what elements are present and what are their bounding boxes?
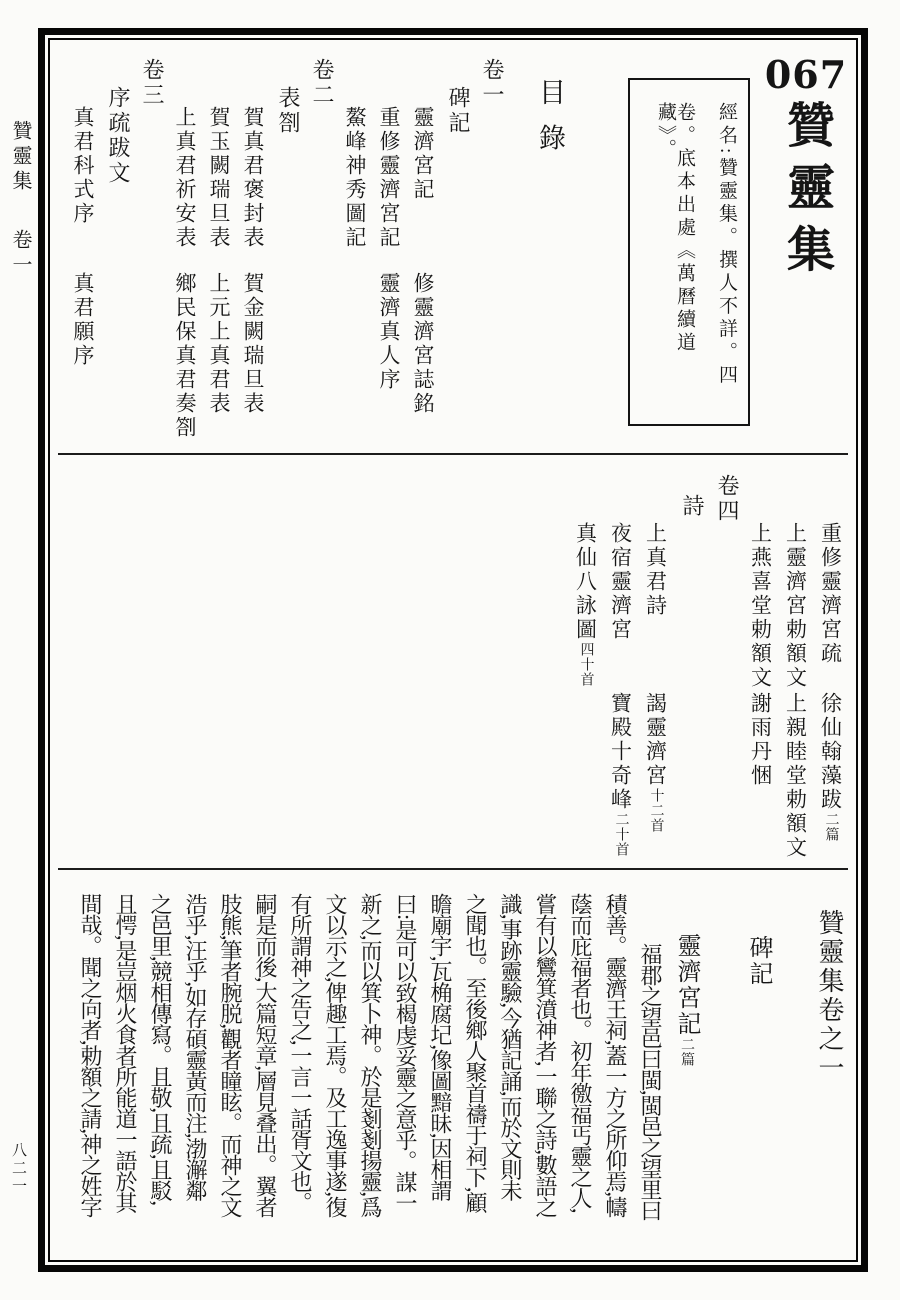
toc-entry-primary: 賀真君褒封表 bbox=[238, 106, 268, 250]
volume-label-1: 卷一 bbox=[474, 58, 508, 451]
chapter-title: 贊靈集卷之一 bbox=[776, 909, 848, 1252]
title-block: 067 贊靈集 bbox=[770, 46, 842, 451]
toc-entry-secondary: 修靈濟宮誌銘 bbox=[408, 272, 438, 416]
margin-running-title: 贊靈集 卷一 bbox=[6, 120, 35, 279]
body-line: 浩乎,汪乎,如存碩靈黃而注,渤澥鄰 bbox=[172, 893, 207, 1252]
section-body-text: 贊靈集卷之一 碑記 靈濟宮記二篇 福郡之望邑曰閩,閩邑之望里曰 積善。靈濟王祠,… bbox=[60, 873, 848, 1252]
volume-label-4: 卷四 bbox=[708, 474, 743, 866]
body-line: 之聞也。至後鄉人聚首禱于祠下,顧 bbox=[452, 893, 487, 1252]
entry-count-note: 二十首 bbox=[614, 812, 629, 857]
note-line: 經名:贊靈集。撰人不詳。四 bbox=[694, 102, 736, 402]
toc-column: 真君科式序 真君願序 bbox=[66, 46, 100, 451]
toc-entry-primary: 上真君祈安表 bbox=[170, 106, 200, 250]
section-divider bbox=[58, 868, 848, 870]
toc-column: 上燕喜堂勅額文 謝雨丹悃 bbox=[743, 458, 778, 866]
body-line: 文以示之,俾趣工焉。及工逸事遂,復 bbox=[312, 893, 347, 1252]
body-line: 福郡之望邑曰閩,閩邑之望里曰 bbox=[627, 943, 662, 1252]
toc-entry-secondary: 謝雨丹悃 bbox=[746, 692, 776, 788]
toc-entry-secondary: 上元上真君表 bbox=[204, 272, 234, 416]
toc-entry-primary: 真仙八詠圖四十首 bbox=[571, 522, 601, 687]
body-line: 且愕,是豈烟火食者所能道一語於其 bbox=[102, 893, 137, 1252]
margin-volume-label: 卷一 bbox=[9, 229, 31, 279]
scanned-book-page: 贊靈集 卷一 八二一 067 贊靈集 經名:贊靈集。撰人不詳。四 卷。底本出處《… bbox=[0, 0, 900, 1300]
category-label-beiji: 碑記 bbox=[440, 86, 474, 451]
piece-title: 靈濟宮記二篇 bbox=[662, 933, 704, 1252]
toc-column: 賀真君褒封表 賀金闕瑞旦表 bbox=[236, 46, 270, 451]
body-line: 嗣是而後,大篇短章,層見叠出。翼者 bbox=[242, 893, 277, 1252]
toc-entry-primary: 上燕喜堂勅額文 bbox=[746, 522, 776, 690]
body-line: 曰:是可以致楬虔妥靈之意乎。謀一 bbox=[382, 893, 417, 1252]
toc-entry-primary: 重修靈濟宮記 bbox=[374, 106, 404, 250]
section-toc-2: 重修靈濟宮疏 徐仙翰藻跋二篇 上靈濟宮勅額文 上親睦堂勅額文 上燕喜堂勅額文 謝… bbox=[60, 458, 848, 866]
body-line: 之邑里,競相傳寫。且敬,且疏,且駁, bbox=[137, 893, 172, 1252]
toc-entry-primary: 上靈濟宮勅額文 bbox=[781, 522, 811, 690]
toc-column: 重修靈濟宮記 靈濟真人序 bbox=[372, 46, 406, 451]
toc-column: 夜宿靈濟宮 寶殿十奇峰二十首 bbox=[603, 458, 638, 866]
volume-label-2: 卷二 bbox=[304, 58, 338, 451]
body-line: 間哉。聞之向者,勅額之請,神之姓字 bbox=[67, 893, 102, 1252]
toc-entry-secondary: 謁靈濟宮十二首 bbox=[641, 692, 671, 833]
toc-entry-primary: 夜宿靈濟宮 bbox=[606, 522, 636, 642]
book-title: 贊靈集 bbox=[772, 100, 841, 286]
bibliographic-note-box: 經名:贊靈集。撰人不詳。四 卷。底本出處《萬曆續道藏》。 bbox=[628, 78, 750, 426]
toc-entry-primary: 鰲峰神秀圖記 bbox=[340, 106, 370, 250]
section-divider bbox=[58, 453, 848, 455]
toc-heading: 目 錄 bbox=[530, 78, 570, 451]
toc-entry-primary: 真君科式序 bbox=[68, 106, 98, 226]
entry-count-note: 十二首 bbox=[649, 788, 664, 833]
body-line: 嘗有以鸞箕濆神者,一聯之詩,數語之 bbox=[522, 893, 557, 1252]
toc-column: 上真君祈安表 鄉民保真君奏劄 bbox=[168, 46, 202, 451]
page-content: 067 贊靈集 經名:贊靈集。撰人不詳。四 卷。底本出處《萬曆續道藏》。 目 錄… bbox=[58, 46, 848, 1254]
toc-column: 靈濟宮記 修靈濟宮誌銘 bbox=[406, 46, 440, 451]
piece-count-note: 二篇 bbox=[679, 1037, 694, 1067]
entry-count-note: 四十首 bbox=[579, 642, 594, 687]
category-label-xushubawen: 序疏跋文 bbox=[100, 86, 134, 451]
volume-label-3: 卷三 bbox=[134, 58, 168, 451]
body-line: 有所謂神之告之,一言一話胥文也。 bbox=[277, 893, 312, 1252]
toc-entry-secondary: 真君願序 bbox=[68, 272, 98, 368]
toc-column: 真仙八詠圖四十首 bbox=[568, 458, 603, 866]
margin-book-title: 贊靈集 bbox=[9, 120, 31, 195]
body-line: 識,事跡靈驗,今猶記誦,而於文則未 bbox=[487, 893, 522, 1252]
toc-entry-secondary: 寶殿十奇峰二十首 bbox=[606, 692, 636, 857]
note-line: 卷。底本出處《萬曆續道藏》。 bbox=[652, 102, 694, 402]
body-section-heading: 碑記 bbox=[704, 935, 776, 1252]
body-line: 積善。靈濟王祠,蓋一方之所仰焉,幬 bbox=[592, 893, 627, 1252]
page-number: 八二一 bbox=[8, 1142, 29, 1196]
section-toc-1: 067 贊靈集 經名:贊靈集。撰人不詳。四 卷。底本出處《萬曆續道藏》。 目 錄… bbox=[60, 46, 848, 451]
toc-column: 賀玉闕瑞旦表 上元上真君表 bbox=[202, 46, 236, 451]
toc-entry-secondary: 賀金闕瑞旦表 bbox=[238, 272, 268, 416]
toc-entry-primary: 上真君詩 bbox=[641, 522, 671, 618]
category-label-biaozha: 表劄 bbox=[270, 86, 304, 451]
category-label-shi: 詩 bbox=[673, 494, 708, 866]
body-line: 肢熊,筆者腕脱,觀者瞳眩。而神之文 bbox=[207, 893, 242, 1252]
toc-entry-primary: 靈濟宮記 bbox=[408, 106, 438, 202]
page-frame-inner-line: 067 贊靈集 經名:贊靈集。撰人不詳。四 卷。底本出處《萬曆續道藏》。 目 錄… bbox=[48, 38, 858, 1262]
body-line: 新之,而以箕卜神。於是剗剗揚靈,爲 bbox=[347, 893, 382, 1252]
body-line: 蔭而庇福者也。初年徼福丐靈之人, bbox=[557, 893, 592, 1252]
page-frame: 067 贊靈集 經名:贊靈集。撰人不詳。四 卷。底本出處《萬曆續道藏》。 目 錄… bbox=[38, 28, 868, 1272]
toc-entry-secondary: 靈濟真人序 bbox=[374, 272, 404, 392]
entry-count-note: 二篇 bbox=[824, 812, 839, 842]
toc-column: 上靈濟宮勅額文 上親睦堂勅額文 bbox=[778, 458, 813, 866]
toc-entry-secondary: 鄉民保真君奏劄 bbox=[170, 272, 200, 440]
toc-column: 上真君詩 謁靈濟宮十二首 bbox=[638, 458, 673, 866]
toc-entry-secondary: 上親睦堂勅額文 bbox=[781, 692, 811, 860]
toc-entry-primary: 賀玉闕瑞旦表 bbox=[204, 106, 234, 250]
toc-entry-primary: 重修靈濟宮疏 bbox=[816, 522, 846, 666]
body-line: 瞻廟宇,瓦桷腐圮,像圖黯昧,因相謂 bbox=[417, 893, 452, 1252]
toc-column: 重修靈濟宮疏 徐仙翰藻跋二篇 bbox=[813, 458, 848, 866]
edition-number: 067 bbox=[765, 52, 847, 97]
toc-column: 鰲峰神秀圖記 bbox=[338, 46, 372, 451]
toc-entry-secondary: 徐仙翰藻跋二篇 bbox=[816, 692, 846, 842]
